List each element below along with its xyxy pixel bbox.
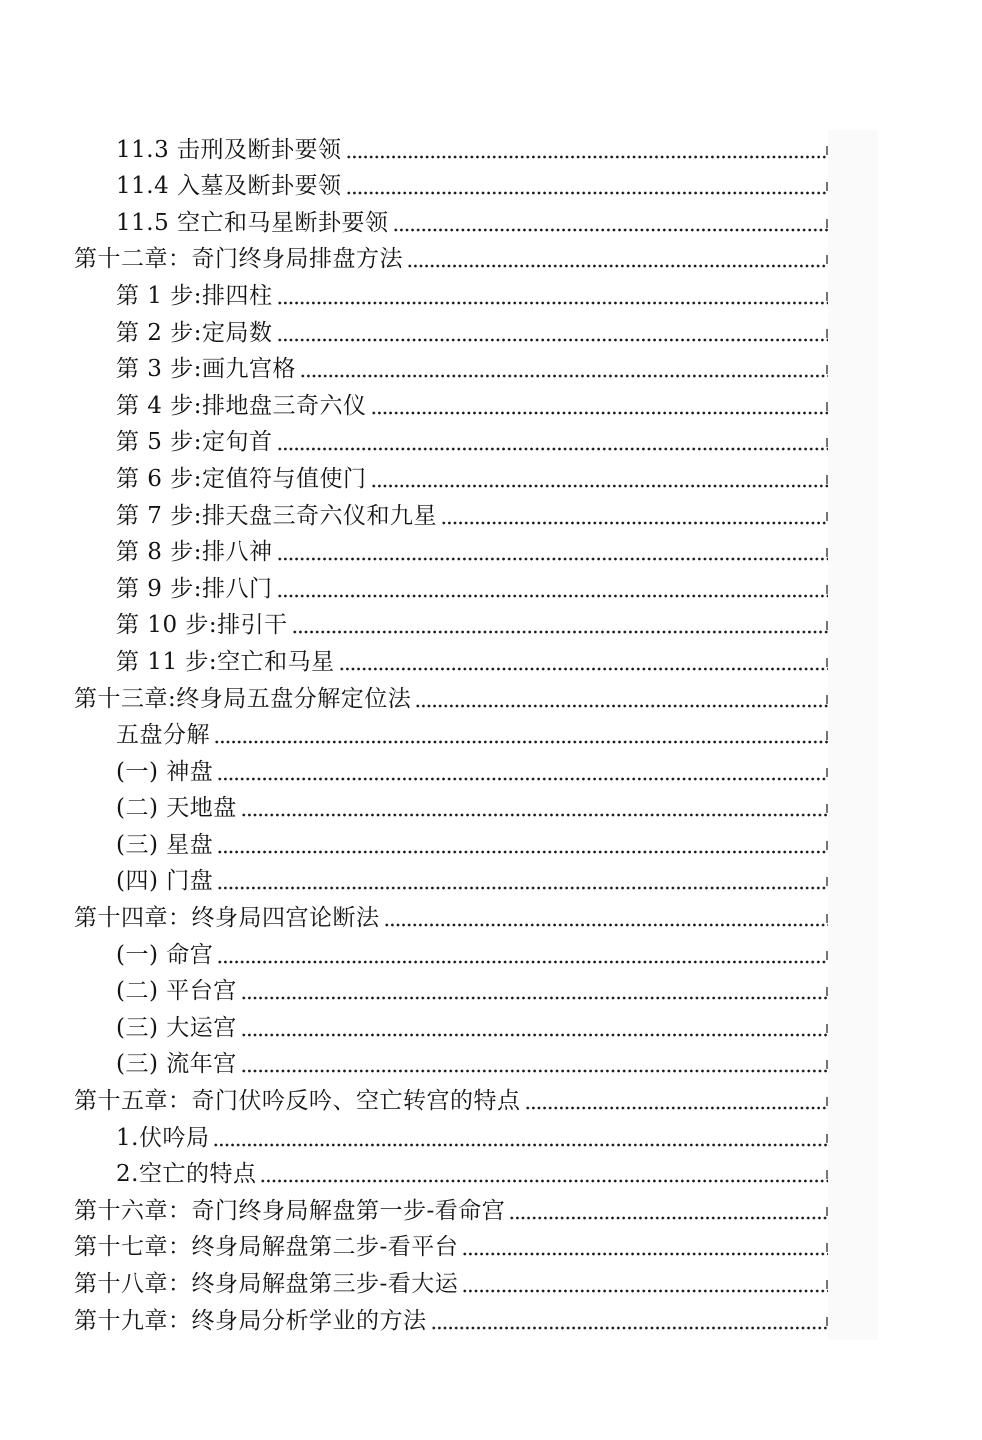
dot-leader <box>260 1179 828 1183</box>
toc-entry: 1.伏吟局 <box>0 1118 828 1155</box>
dot-leader <box>431 1326 829 1330</box>
toc-entry-label: 2.空亡的特点 <box>116 1159 256 1189</box>
table-of-contents: 11.3 击刑及断卦要领 11.4 入墓及断卦要领 11.5 空亡和马星断卦要领… <box>0 130 828 1338</box>
toc-entry-label: 第 1 步:排四柱 <box>116 281 273 311</box>
toc-chapter-label: 第十八章：终身局解盘第三步-看大运 <box>74 1269 458 1299</box>
clipped-page-number <box>826 621 828 630</box>
toc-entry-label: 第 11 步:空亡和马星 <box>116 647 335 677</box>
dot-leader <box>441 521 828 525</box>
toc-chapter: 第十三章:终身局五盘分解定位法 <box>0 679 828 716</box>
toc-entry: (三) 星盘 <box>0 825 828 862</box>
clipped-page-number <box>826 731 828 740</box>
clipped-page-number <box>826 658 828 667</box>
clipped-page-number <box>826 877 828 886</box>
clipped-page-number <box>826 987 828 996</box>
toc-entry-label: 第 5 步:定旬首 <box>116 427 273 457</box>
toc-chapter-label: 第十五章：奇门伏吟反吟、空亡转宫的特点 <box>74 1086 521 1116</box>
clipped-page-number <box>826 841 828 850</box>
toc-entry-label: (四) 门盘 <box>116 866 213 896</box>
dot-leader <box>371 411 828 415</box>
clipped-page-number <box>826 475 828 484</box>
clipped-page-number <box>826 804 828 813</box>
toc-entry-label: (二) 平台宫 <box>116 976 237 1006</box>
toc-entry: 第 5 步:定旬首 <box>0 423 828 460</box>
toc-chapter: 第十七章：终身局解盘第二步-看平台 <box>0 1228 828 1265</box>
toc-entry: 第 8 步:排八神 <box>0 533 828 570</box>
clipped-page-number <box>826 1097 828 1106</box>
toc-entry-label: 第 4 步:排地盘三奇六仪 <box>116 391 367 421</box>
toc-entry: 五盘分解 <box>0 716 828 753</box>
toc-entry: 第 3 步:画九宫格 <box>0 350 828 387</box>
clipped-page-number <box>826 1317 828 1326</box>
toc-entry-label: 第 8 步:排八神 <box>116 537 273 567</box>
toc-chapter: 第十八章：终身局解盘第三步-看大运 <box>0 1264 828 1301</box>
toc-entry: (一) 命宫 <box>0 935 828 972</box>
clipped-page-number <box>826 1134 828 1143</box>
dot-leader <box>277 447 828 451</box>
toc-chapter: 第十六章：奇门终身局解盘第一步-看命宫 <box>0 1191 828 1228</box>
toc-chapter-label: 第十九章：终身局分析学业的方法 <box>74 1306 427 1336</box>
dot-leader <box>217 777 828 781</box>
toc-entry-label: 11.3 击刑及断卦要领 <box>116 135 342 165</box>
toc-chapter-label: 第十二章：奇门终身局排盘方法 <box>74 244 403 274</box>
dot-leader <box>277 557 828 561</box>
toc-entry-label: (三) 星盘 <box>116 830 213 860</box>
clipped-page-number <box>826 365 828 374</box>
toc-entry: (二) 天地盘 <box>0 789 828 826</box>
clipped-page-number <box>826 402 828 411</box>
toc-entry: (三) 流年宫 <box>0 1045 828 1082</box>
scan-edge-shading <box>828 130 878 1340</box>
clipped-page-number <box>826 292 828 301</box>
clipped-page-number <box>826 1170 828 1179</box>
toc-entry: 11.5 空亡和马星断卦要领 <box>0 203 828 240</box>
toc-entry-label: 第 7 步:排天盘三奇六仪和九星 <box>116 501 437 531</box>
toc-chapter: 第十五章：奇门伏吟反吟、空亡转宫的特点 <box>0 1081 828 1118</box>
toc-entry: (三) 大运宫 <box>0 1008 828 1045</box>
clipped-page-number <box>826 1207 828 1216</box>
dot-leader <box>462 1289 828 1293</box>
toc-entry: 11.4 入墓及断卦要领 <box>0 167 828 204</box>
toc-entry-label: (二) 天地盘 <box>116 793 237 823</box>
dot-leader <box>407 264 828 268</box>
dot-leader <box>217 850 828 854</box>
toc-entry-label: (一) 命宫 <box>116 940 213 970</box>
dot-leader <box>277 594 828 598</box>
clipped-page-number <box>826 1024 828 1033</box>
dot-leader <box>213 1143 828 1147</box>
toc-chapter: 第十九章：终身局分析学业的方法 <box>0 1301 828 1338</box>
dot-leader <box>241 996 828 1000</box>
clipped-page-number <box>826 1280 828 1289</box>
clipped-page-number <box>826 182 828 191</box>
toc-entry: 第 2 步:定局数 <box>0 313 828 350</box>
toc-entry: 11.3 击刑及断卦要领 <box>0 130 828 167</box>
clipped-page-number <box>826 585 828 594</box>
dot-leader <box>509 1216 828 1220</box>
clipped-page-number <box>826 329 828 338</box>
toc-entry-label: 11.5 空亡和马星断卦要领 <box>116 208 389 238</box>
toc-chapter: 第十四章：终身局四宫论断法 <box>0 898 828 935</box>
toc-chapter: 第十二章：奇门终身局排盘方法 <box>0 240 828 277</box>
dot-leader <box>346 155 828 159</box>
toc-entry-label: 1.伏吟局 <box>116 1123 209 1153</box>
toc-entry-label: 五盘分解 <box>116 720 210 750</box>
clipped-page-number <box>826 438 828 447</box>
toc-entry: 第 9 步:排八门 <box>0 569 828 606</box>
toc-entry-label: 第 9 步:排八门 <box>116 574 273 604</box>
toc-entry-label: 第 10 步:排引干 <box>116 610 288 640</box>
toc-entry: 第 6 步:定值符与值使门 <box>0 459 828 496</box>
dot-leader <box>241 1033 828 1037</box>
toc-entry: 2.空亡的特点 <box>0 1155 828 1192</box>
toc-chapter-label: 第十六章：奇门终身局解盘第一步-看命宫 <box>74 1196 505 1226</box>
clipped-page-number <box>826 548 828 557</box>
clipped-page-number <box>826 1060 828 1069</box>
dot-leader <box>217 960 828 964</box>
scanned-page: 11.3 击刑及断卦要领 11.4 入墓及断卦要领 11.5 空亡和马星断卦要领… <box>0 0 982 1440</box>
clipped-page-number <box>826 768 828 777</box>
dot-leader <box>415 704 828 708</box>
dot-leader <box>525 1106 829 1110</box>
toc-entry-label: 第 2 步:定局数 <box>116 318 273 348</box>
toc-entry-label: 11.4 入墓及断卦要领 <box>116 171 342 201</box>
dot-leader <box>241 1069 828 1073</box>
dot-leader <box>214 740 828 744</box>
dot-leader <box>339 667 828 671</box>
clipped-page-number <box>826 951 828 960</box>
clipped-page-number <box>826 914 828 923</box>
clipped-page-number <box>826 1243 828 1252</box>
dot-leader <box>346 191 828 195</box>
toc-entry: 第 11 步:空亡和马星 <box>0 642 828 679</box>
toc-entry-label: (一) 神盘 <box>116 757 213 787</box>
clipped-page-number <box>826 255 828 264</box>
toc-entry: 第 7 步:排天盘三奇六仪和九星 <box>0 496 828 533</box>
toc-entry: 第 1 步:排四柱 <box>0 276 828 313</box>
toc-entry: 第 10 步:排引干 <box>0 606 828 643</box>
toc-entry: 第 4 步:排地盘三奇六仪 <box>0 386 828 423</box>
toc-entry: (四) 门盘 <box>0 862 828 899</box>
dot-leader <box>300 374 828 378</box>
toc-entry-label: 第 6 步:定值符与值使门 <box>116 464 367 494</box>
toc-entry: (一) 神盘 <box>0 752 828 789</box>
dot-leader <box>384 923 829 927</box>
toc-chapter-label: 第十七章：终身局解盘第二步-看平台 <box>74 1232 458 1262</box>
toc-entry-label: (三) 流年宫 <box>116 1049 237 1079</box>
dot-leader <box>277 338 828 342</box>
dot-leader <box>462 1252 828 1256</box>
toc-chapter-label: 第十四章：终身局四宫论断法 <box>74 903 380 933</box>
toc-chapter-label: 第十三章:终身局五盘分解定位法 <box>74 684 411 714</box>
dot-leader <box>393 228 828 232</box>
dot-leader <box>277 301 828 305</box>
dot-leader <box>292 630 828 634</box>
clipped-page-number <box>826 219 828 228</box>
clipped-page-number <box>826 512 828 521</box>
toc-entry-label: (三) 大运宫 <box>116 1013 237 1043</box>
toc-entry-label: 第 3 步:画九宫格 <box>116 354 296 384</box>
clipped-page-number <box>826 146 828 155</box>
toc-entry: (二) 平台宫 <box>0 972 828 1009</box>
dot-leader <box>241 813 828 817</box>
dot-leader <box>371 484 828 488</box>
clipped-page-number <box>826 695 828 704</box>
dot-leader <box>217 886 828 890</box>
